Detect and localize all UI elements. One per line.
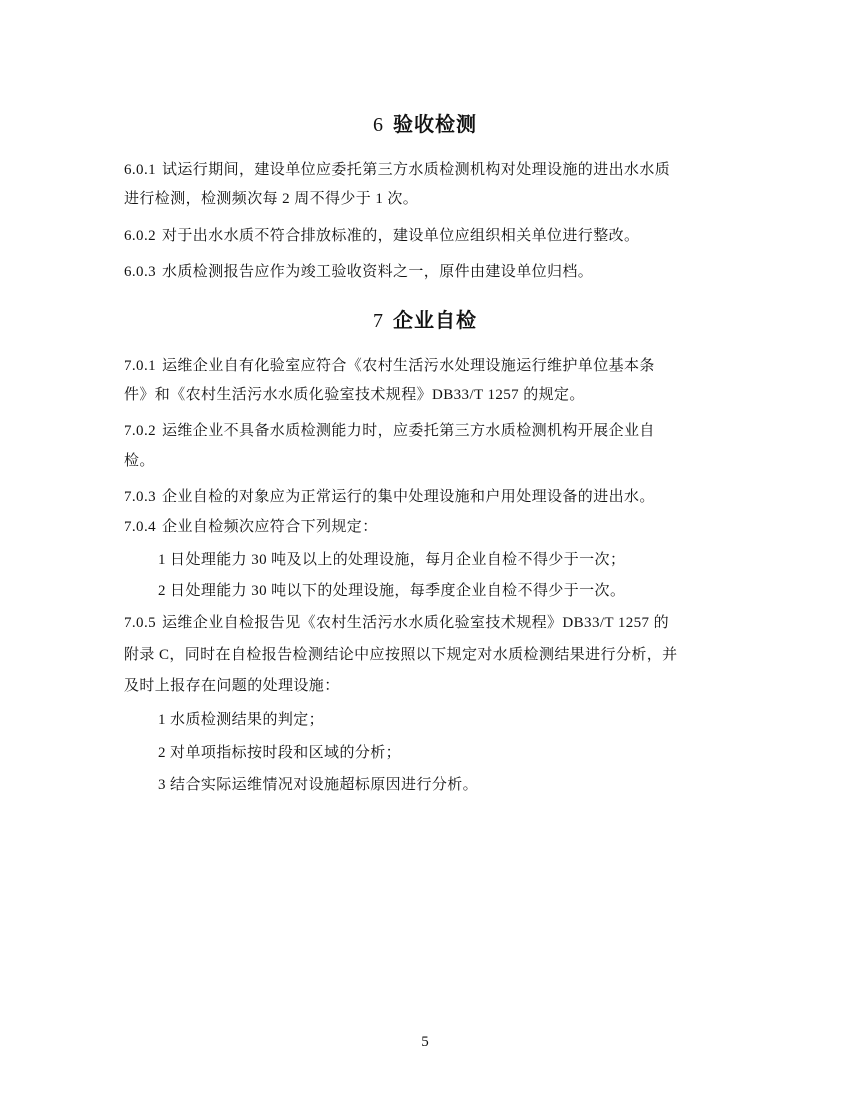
clause-text: 检。 [124,453,155,469]
clause-7-0-1: 7.0.1运维企业自有化验室应符合《农村生活污水处理设施运行维护单位基本条 [124,356,728,376]
clause-7-0-5-cont: 附录 C，同时在自检报告检测结论中应按照以下规定对水质检测结果进行分析，并 [124,645,728,665]
clause-text: 运维企业不具备水质检测能力时，应委托第三方水质检测机构开展企业自 [162,423,655,439]
clause-number: 7.0.1 [124,358,156,374]
clause-text: 及时上报存在问题的处理设施： [124,678,340,694]
clause-text: 试运行期间，建设单位应委托第三方水质检测机构对处理设施的进出水水质 [162,162,670,178]
clause-number: 6.0.2 [124,228,156,244]
section-title: 企业自检 [393,308,477,332]
list-item: 3 结合实际运维情况对设施超标原因进行分析。 [158,775,762,795]
clause-text: 件》和《农村生活污水水质化验室技术规程》DB33/T 1257 的规定。 [124,387,585,403]
clause-text: 运维企业自检报告见《农村生活污水水质化验室技术规程》DB33/T 1257 的 [162,615,669,631]
clause-7-0-3: 7.0.3企业自检的对象应为正常运行的集中处理设施和户用处理设备的进出水。 [124,487,728,507]
clause-6-0-1: 6.0.1试运行期间，建设单位应委托第三方水质检测机构对处理设施的进出水水质 [124,160,728,180]
page-number: 5 [0,1032,850,1052]
section-title: 验收检测 [393,112,477,136]
clause-text: 附录 C，同时在自检报告检测结论中应按照以下规定对水质检测结果进行分析，并 [124,647,678,663]
list-item-text: 1 水质检测结果的判定； [158,712,324,728]
clause-number: 7.0.2 [124,423,156,439]
clause-6-0-2: 6.0.2对于出水水质不符合排放标准的，建设单位应组织相关单位进行整改。 [124,226,728,246]
list-item-text: 3 结合实际运维情况对设施超标原因进行分析。 [158,777,478,793]
list-item-text: 2 对单项指标按时段和区域的分析； [158,745,401,761]
clause-text: 运维企业自有化验室应符合《农村生活污水处理设施运行维护单位基本条 [162,358,655,374]
clause-text: 对于出水水质不符合排放标准的，建设单位应组织相关单位进行整改。 [162,228,639,244]
list-item-text: 2 日处理能力 30 吨以下的处理设施，每季度企业自检不得少于一次。 [158,583,625,599]
clause-7-0-5-cont: 及时上报存在问题的处理设施： [124,676,728,696]
clause-text: 进行检测，检测频次每 2 周不得少于 1 次。 [124,191,418,207]
section-heading-6: 6验收检测 [0,112,850,137]
clause-text: 企业自检的对象应为正常运行的集中处理设施和户用处理设备的进出水。 [162,489,655,505]
document-page: 6验收检测 6.0.1试运行期间，建设单位应委托第三方水质检测机构对处理设施的进… [0,0,850,1100]
clause-7-0-2: 7.0.2运维企业不具备水质检测能力时，应委托第三方水质检测机构开展企业自 [124,421,728,441]
clause-6-0-3: 6.0.3水质检测报告应作为竣工验收资料之一，原件由建设单位归档。 [124,262,728,282]
section-number: 6 [373,114,383,136]
clause-number: 7.0.5 [124,615,156,631]
list-item: 2 日处理能力 30 吨以下的处理设施，每季度企业自检不得少于一次。 [158,581,762,601]
clause-text: 水质检测报告应作为竣工验收资料之一，原件由建设单位归档。 [162,264,593,280]
list-item: 1 水质检测结果的判定； [158,710,762,730]
clause-number: 6.0.1 [124,162,156,178]
section-heading-7: 7企业自检 [0,308,850,333]
clause-7-0-2-cont: 检。 [124,451,728,471]
clause-number: 6.0.3 [124,264,156,280]
section-number: 7 [373,310,383,332]
clause-number: 7.0.3 [124,489,156,505]
list-item: 1 日处理能力 30 吨及以上的处理设施，每月企业自检不得少于一次； [158,550,762,570]
clause-7-0-1-cont: 件》和《农村生活污水水质化验室技术规程》DB33/T 1257 的规定。 [124,385,728,405]
list-item-text: 1 日处理能力 30 吨及以上的处理设施，每月企业自检不得少于一次； [158,552,625,568]
list-item: 2 对单项指标按时段和区域的分析； [158,743,762,763]
clause-7-0-5: 7.0.5运维企业自检报告见《农村生活污水水质化验室技术规程》DB33/T 12… [124,613,728,633]
clause-text: 企业自检频次应符合下列规定： [162,519,378,535]
clause-7-0-4: 7.0.4企业自检频次应符合下列规定： [124,517,728,537]
clause-number: 7.0.4 [124,519,156,535]
clause-6-0-1-cont: 进行检测，检测频次每 2 周不得少于 1 次。 [124,189,728,209]
